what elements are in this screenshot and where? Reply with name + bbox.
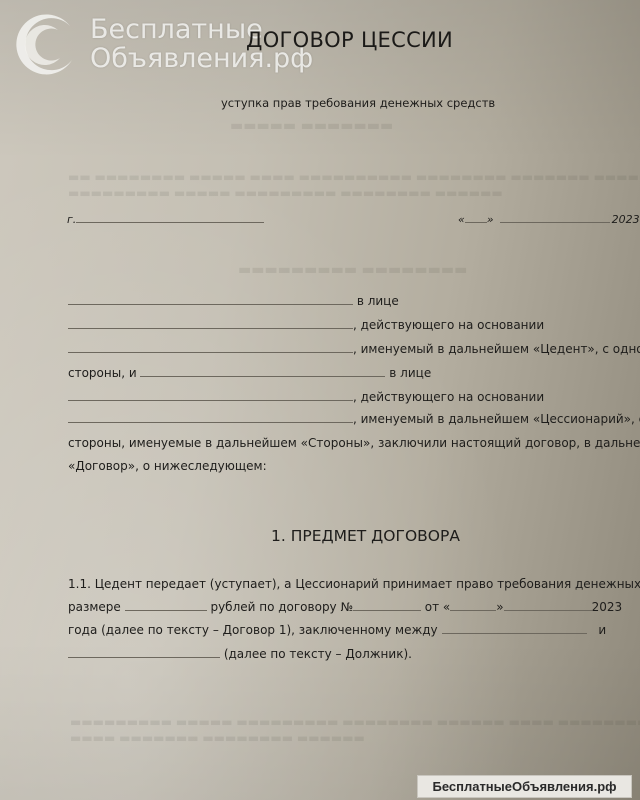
cedent-basis-blank[interactable] bbox=[68, 352, 353, 353]
party-a-blank[interactable] bbox=[442, 633, 587, 634]
text: в лице bbox=[389, 366, 431, 380]
contract-day-blank[interactable] bbox=[450, 610, 496, 611]
cessionary-representative-blank[interactable] bbox=[68, 400, 353, 401]
parties-line-4: стороны, и в лице bbox=[68, 366, 431, 380]
document-title: ДОГОВОР ЦЕССИИ bbox=[246, 28, 453, 52]
place-blank[interactable] bbox=[76, 222, 264, 223]
parties-line-2: , действующего на основании bbox=[68, 318, 544, 332]
clause-1-1-line-1: 1.1. Цедент передает (уступает), а Цесси… bbox=[68, 577, 640, 591]
show-through-text: ▬▬ ▬▬▬▬▬▬▬▬ ▬▬▬▬▬ ▬▬▬▬ ▬▬▬▬▬▬▬▬▬▬ ▬▬▬▬▬▬… bbox=[68, 170, 640, 184]
swirl-logo-icon bbox=[10, 8, 82, 80]
text: рублей по договору № bbox=[210, 600, 353, 614]
parties-line-6: , именуемый в дальнейшем «Цессионарий», … bbox=[68, 412, 640, 426]
date-field: «»2023 bbox=[458, 208, 640, 227]
date-year: 2023 bbox=[612, 213, 640, 226]
text: , действующего на основании bbox=[353, 318, 544, 332]
cessionary-name-blank[interactable] bbox=[140, 376, 385, 377]
text: (далее по тексту – Должник). bbox=[224, 647, 412, 661]
text: , именуемый в дальнейшем «Цессионарий», … bbox=[353, 412, 640, 426]
clause-1-1-line-3: года (далее по тексту – Договор 1), закл… bbox=[68, 623, 606, 637]
text: размере bbox=[68, 600, 121, 614]
text: в лице bbox=[357, 294, 399, 308]
text: и bbox=[598, 623, 606, 637]
date-open-quote: « bbox=[458, 213, 465, 226]
contract-number-blank[interactable] bbox=[353, 610, 421, 611]
parties-line-1: в лице bbox=[68, 294, 399, 308]
text: стороны, и bbox=[68, 366, 137, 380]
place-prefix: г. bbox=[67, 213, 76, 226]
date-close-quote: » bbox=[487, 213, 494, 226]
clause-1-1-line-2: размере рублей по договору № от «»2023 bbox=[68, 600, 622, 614]
clause-1-1-line-4: (далее по тексту – Должник). bbox=[68, 647, 412, 661]
text: » bbox=[496, 600, 503, 614]
contract-month-blank[interactable] bbox=[504, 610, 592, 611]
text: 2023 bbox=[592, 600, 623, 614]
cedent-name-blank[interactable] bbox=[68, 304, 353, 305]
show-through-text: ▬▬▬▬▬▬▬▬▬ ▬▬▬▬▬▬▬▬ bbox=[238, 262, 467, 278]
debtor-blank[interactable] bbox=[68, 657, 220, 658]
text: года (далее по тексту – Договор 1), закл… bbox=[68, 623, 438, 637]
parties-line-8: «Договор», о нижеследующем: bbox=[68, 459, 267, 473]
cessionary-basis-blank[interactable] bbox=[68, 422, 353, 423]
parties-line-7: стороны, именуемые в дальнейшем «Стороны… bbox=[68, 436, 640, 450]
footer-watermark-badge: БесплатныеОбъявления.рф bbox=[417, 775, 632, 798]
show-through-text: ▬▬▬▬▬▬▬▬▬ ▬▬▬▬▬ ▬▬▬▬▬▬▬▬▬ ▬▬▬▬▬▬▬▬ ▬▬▬▬▬… bbox=[68, 186, 503, 200]
document-subtitle: уступка прав требования денежных средств bbox=[221, 96, 495, 110]
parties-line-3: , именуемый в дальнейшем «Цедент», с одн… bbox=[68, 342, 640, 356]
show-through-text: ▬▬▬▬ ▬▬▬▬▬▬▬ ▬▬▬▬▬▬▬▬ ▬▬▬▬▬▬ bbox=[70, 731, 365, 745]
text: , именуемый в дальнейшем «Цедент», с одн… bbox=[353, 342, 640, 356]
parties-line-5: , действующего на основании bbox=[68, 390, 544, 404]
cedent-representative-blank[interactable] bbox=[68, 328, 353, 329]
amount-blank[interactable] bbox=[125, 610, 207, 611]
date-day-blank[interactable] bbox=[465, 222, 487, 223]
section-heading: 1. ПРЕДМЕТ ДОГОВОРА bbox=[271, 527, 460, 545]
show-through-text: ▬▬▬▬▬ ▬▬▬▬▬▬▬ bbox=[230, 118, 393, 134]
text: , действующего на основании bbox=[353, 390, 544, 404]
place-field: г. bbox=[67, 208, 264, 227]
show-through-text: ▬▬▬▬▬▬▬▬▬ ▬▬▬▬▬ ▬▬▬▬▬▬▬▬▬ ▬▬▬▬▬▬▬▬ ▬▬▬▬▬… bbox=[70, 715, 640, 729]
text: от « bbox=[425, 600, 451, 614]
date-month-blank[interactable] bbox=[500, 222, 610, 223]
